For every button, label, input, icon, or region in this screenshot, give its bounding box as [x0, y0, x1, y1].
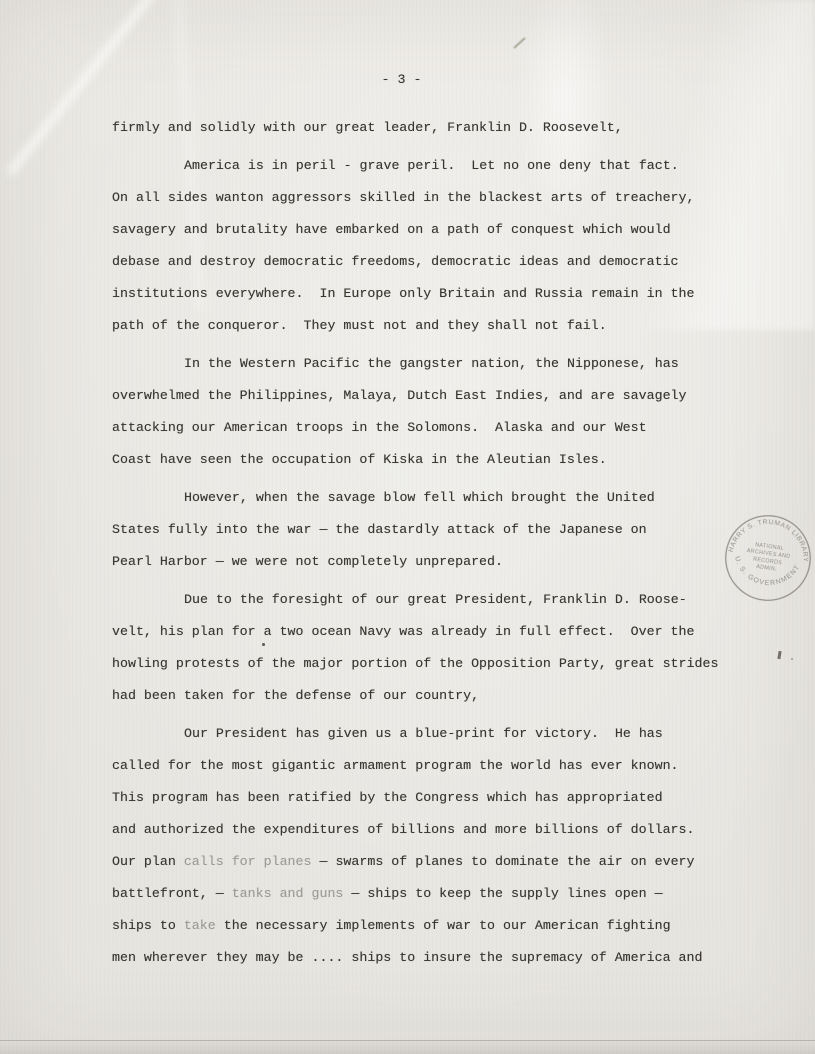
- faded-typed-segment: calls for planes: [184, 854, 312, 869]
- typed-line: institutions everywhere. In Europe only …: [112, 278, 718, 310]
- typed-line: howling protests of the major portion of…: [112, 648, 718, 680]
- stray-tick-dot: [791, 658, 793, 660]
- typed-segment: America is in peril - grave peril. Let n…: [184, 158, 679, 173]
- typed-line: men wherever they may be .... ships to i…: [112, 942, 718, 974]
- document-page: - 3 - firmly and solidly with our great …: [0, 0, 815, 1054]
- typed-segment: Due to the foresight of our great Presid…: [184, 592, 687, 607]
- typed-segment: States fully into the war — the dastardl…: [112, 522, 647, 537]
- stamp-center-line: ADMIN.: [756, 564, 777, 573]
- typed-line: firmly and solidly with our great leader…: [112, 112, 718, 144]
- typed-line: overwhelmed the Philippines, Malaya, Dut…: [112, 380, 718, 412]
- paragraph: America is in peril - grave peril. Let n…: [112, 150, 718, 342]
- typed-segment: This program has been ratified by the Co…: [112, 790, 663, 805]
- paragraph: In the Western Pacific the gangster nati…: [112, 348, 718, 476]
- typed-line: ships to take the necessary implements o…: [112, 910, 718, 942]
- typed-segment: debase and destroy democratic freedoms, …: [112, 254, 679, 269]
- typed-segment: called for the most gigantic armament pr…: [112, 758, 679, 773]
- typed-segment: — ships to keep the supply lines open —: [343, 886, 662, 901]
- faded-typed-segment: tanks and guns: [232, 886, 344, 901]
- typed-segment: and authorized the expenditures of billi…: [112, 822, 695, 837]
- typed-line: had been taken for the defense of our co…: [112, 680, 718, 712]
- typed-line: velt, his plan for a two ocean Navy was …: [112, 616, 718, 648]
- stray-ink-dot: [262, 643, 265, 646]
- typed-line: On all sides wanton aggressors skilled i…: [112, 182, 718, 214]
- typed-segment: Pearl Harbor — we were not completely un…: [112, 554, 503, 569]
- typed-segment: attacking our American troops in the Sol…: [112, 420, 647, 435]
- typed-segment: Coast have seen the occupation of Kiska …: [112, 452, 607, 467]
- stray-tick-mark: [777, 651, 781, 659]
- paragraph: Our President has given us a blue-print …: [112, 718, 718, 974]
- page-number: - 3 -: [0, 64, 809, 96]
- typed-text: firmly and solidly with our great leader…: [112, 112, 718, 974]
- typed-segment: men wherever they may be .... ships to i…: [112, 950, 702, 965]
- faded-typed-segment: take: [184, 918, 216, 933]
- pencil-mark: [513, 37, 525, 49]
- typed-segment: In the Western Pacific the gangster nati…: [184, 356, 679, 371]
- typed-line: Due to the foresight of our great Presid…: [112, 584, 718, 616]
- typed-line: and authorized the expenditures of billi…: [112, 814, 718, 846]
- typed-segment: path of the conqueror. They must not and…: [112, 318, 607, 333]
- typed-segment: the necessary implements of war to our A…: [216, 918, 671, 933]
- paragraph: firmly and solidly with our great leader…: [112, 112, 718, 144]
- typed-line: Coast have seen the occupation of Kiska …: [112, 444, 718, 476]
- typed-line: battlefront, — tanks and guns — ships to…: [112, 878, 718, 910]
- archive-stamp: HARRY S. TRUMAN LIBRARY U. S. GOVERNMENT…: [714, 504, 815, 612]
- typed-segment: overwhelmed the Philippines, Malaya, Dut…: [112, 388, 687, 403]
- typed-line: In the Western Pacific the gangster nati…: [112, 348, 718, 380]
- typed-segment: However, when the savage blow fell which…: [184, 490, 655, 505]
- typed-segment: institutions everywhere. In Europe only …: [112, 286, 695, 301]
- typed-line: States fully into the war — the dastardl…: [112, 514, 718, 546]
- typed-line: path of the conqueror. They must not and…: [112, 310, 718, 342]
- typed-line: savagery and brutality have embarked on …: [112, 214, 718, 246]
- typed-line: attacking our American troops in the Sol…: [112, 412, 718, 444]
- typed-line: called for the most gigantic armament pr…: [112, 750, 718, 782]
- typed-line: However, when the savage blow fell which…: [112, 482, 718, 514]
- typed-segment: velt, his plan for a two ocean Navy was …: [112, 624, 695, 639]
- scan-bottom-edge: [0, 1040, 815, 1054]
- typed-line: Our plan calls for planes — swarms of pl…: [112, 846, 718, 878]
- typed-segment: — swarms of planes to dominate the air o…: [312, 854, 695, 869]
- paragraph: However, when the savage blow fell which…: [112, 482, 718, 578]
- typed-line: debase and destroy democratic freedoms, …: [112, 246, 718, 278]
- typed-line: Pearl Harbor — we were not completely un…: [112, 546, 718, 578]
- typed-segment: savagery and brutality have embarked on …: [112, 222, 671, 237]
- typed-segment: Our President has given us a blue-print …: [184, 726, 663, 741]
- paragraph: Due to the foresight of our great Presid…: [112, 584, 718, 712]
- typed-line: Our President has given us a blue-print …: [112, 718, 718, 750]
- typed-segment: Our plan: [112, 854, 184, 869]
- typed-line: This program has been ratified by the Co…: [112, 782, 718, 814]
- typed-segment: ships to: [112, 918, 184, 933]
- typed-segment: On all sides wanton aggressors skilled i…: [112, 190, 695, 205]
- typed-segment: howling protests of the major portion of…: [112, 656, 718, 671]
- typed-line: America is in peril - grave peril. Let n…: [112, 150, 718, 182]
- typed-segment: firmly and solidly with our great leader…: [112, 120, 623, 135]
- typed-segment: had been taken for the defense of our co…: [112, 688, 479, 703]
- typed-segment: battlefront, —: [112, 886, 232, 901]
